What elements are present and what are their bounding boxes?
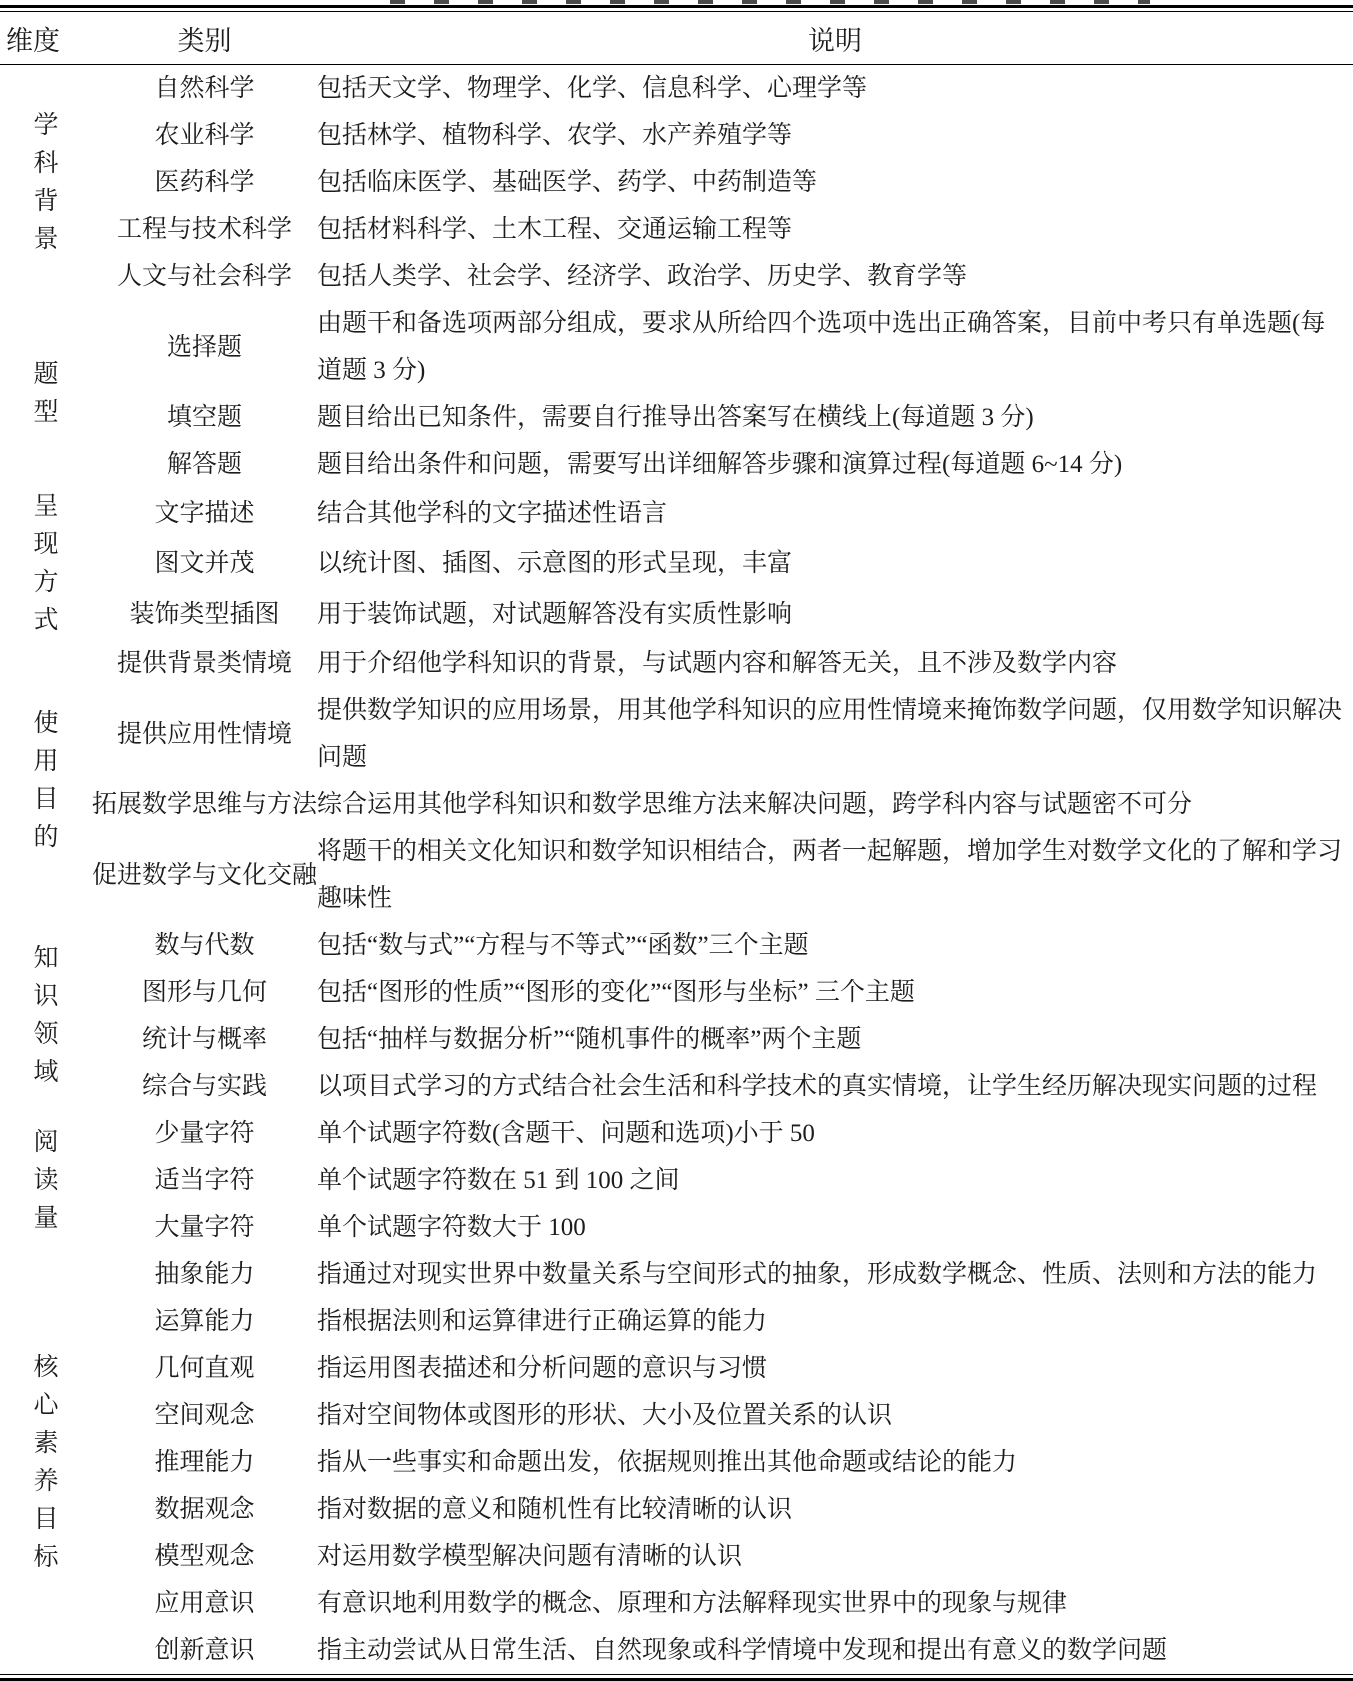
category-cell: 少量字符	[92, 1110, 317, 1157]
category-cell: 解答题	[92, 441, 317, 488]
dimension-label: 题型	[32, 356, 60, 432]
description-cell: 单个试题字符数(含题干、问题和选项)小于 50	[317, 1110, 1353, 1157]
description-cell: 由题干和备选项两部分组成，要求从所给四个选项中选出正确答案，目前中考只有单选题(…	[317, 300, 1353, 394]
table-row: 工程与技术科学 包括材料科学、土木工程、交通运输工程等	[0, 206, 1353, 253]
table-row: 图文并茂 以统计图、插图、示意图的形式呈现，丰富	[0, 539, 1353, 590]
dimension-cell: 阅读量	[0, 1110, 92, 1251]
table-row: 核心素养目标 抽象能力 指通过对现实世界中数量关系与空间形式的抽象，形成数学概念…	[0, 1251, 1353, 1298]
description-cell: 指通过对现实世界中数量关系与空间形式的抽象，形成数学概念、性质、法则和方法的能力	[317, 1251, 1353, 1298]
description-cell: 用于介绍他学科知识的背景，与试题内容和解答无关，且不涉及数学内容	[317, 640, 1353, 687]
description-cell: 单个试题字符数大于 100	[317, 1204, 1353, 1251]
category-cell: 装饰类型插图	[92, 589, 317, 640]
description-cell: 包括“抽样与数据分析”“随机事件的概率”两个主题	[317, 1016, 1353, 1063]
description-cell: 以统计图、插图、示意图的形式呈现，丰富	[317, 539, 1353, 590]
table-row: 填空题 题目给出已知条件，需要自行推导出答案写在横线上(每道题 3 分)	[0, 394, 1353, 441]
header-row: 维度 类别 说明	[0, 12, 1353, 65]
description-cell: 指主动尝试从日常生活、自然现象或科学情境中发现和提出有意义的数学问题	[317, 1627, 1353, 1674]
description-cell: 题目给出条件和问题，需要写出详细解答步骤和演算过程(每道题 6~14 分)	[317, 441, 1353, 488]
category-cell: 推理能力	[92, 1439, 317, 1486]
description-cell: 包括天文学、物理学、化学、信息科学、心理学等	[317, 65, 1353, 113]
table-row: 拓展数学思维与方法 综合运用其他学科知识和数学思维方法来解决问题，跨学科内容与试…	[0, 781, 1353, 828]
category-cell: 应用意识	[92, 1580, 317, 1627]
category-cell: 抽象能力	[92, 1251, 317, 1298]
table-row: 解答题 题目给出条件和问题，需要写出详细解答步骤和演算过程(每道题 6~14 分…	[0, 441, 1353, 488]
category-cell: 创新意识	[92, 1627, 317, 1674]
description-cell: 以项目式学习的方式结合社会生活和科学技术的真实情境，让学生经历解决现实问题的过程	[317, 1063, 1353, 1110]
header-description: 说明	[317, 12, 1353, 65]
description-cell: 包括“图形的性质”“图形的变化”“图形与坐标” 三个主题	[317, 969, 1353, 1016]
header-dimension: 维度	[0, 12, 92, 65]
table-row: 图形与几何 包括“图形的性质”“图形的变化”“图形与坐标” 三个主题	[0, 969, 1353, 1016]
dimension-cell: 知识领域	[0, 922, 92, 1110]
dimension-label: 呈现方式	[32, 488, 60, 640]
description-cell: 指根据法则和运算律进行正确运算的能力	[317, 1298, 1353, 1345]
description-cell: 包括临床医学、基础医学、药学、中药制造等	[317, 159, 1353, 206]
description-cell: 包括人类学、社会学、经济学、政治学、历史学、教育学等	[317, 253, 1353, 300]
description-cell: 包括林学、植物科学、农学、水产养殖学等	[317, 112, 1353, 159]
category-cell: 自然科学	[92, 65, 317, 113]
table-row: 促进数学与文化交融 将题干的相关文化知识和数学知识相结合，两者一起解题，增加学生…	[0, 828, 1353, 922]
dimension-category-table: 维度 类别 说明 学科背景 自然科学 包括天文学、物理学、化学、信息科学、心理学…	[0, 12, 1353, 1674]
description-cell: 指对数据的意义和随机性有比较清晰的认识	[317, 1486, 1353, 1533]
category-cell: 运算能力	[92, 1298, 317, 1345]
description-cell: 提供数学知识的应用场景，用其他学科知识的应用性情境来掩饰数学问题，仅用数学知识解…	[317, 687, 1353, 781]
table-row: 题型 选择题 由题干和备选项两部分组成，要求从所给四个选项中选出正确答案，目前中…	[0, 300, 1353, 394]
table-row: 运算能力 指根据法则和运算律进行正确运算的能力	[0, 1298, 1353, 1345]
category-cell: 数据观念	[92, 1486, 317, 1533]
category-cell: 几何直观	[92, 1345, 317, 1392]
table-row: 适当字符 单个试题字符数在 51 到 100 之间	[0, 1157, 1353, 1204]
cropped-caption-fragment	[390, 0, 1150, 4]
table-row: 医药科学 包括临床医学、基础医学、药学、中药制造等	[0, 159, 1353, 206]
category-cell: 统计与概率	[92, 1016, 317, 1063]
description-cell: 结合其他学科的文字描述性语言	[317, 488, 1353, 539]
description-cell: 用于装饰试题，对试题解答没有实质性影响	[317, 589, 1353, 640]
table-row: 创新意识 指主动尝试从日常生活、自然现象或科学情境中发现和提出有意义的数学问题	[0, 1627, 1353, 1674]
dimension-cell: 核心素养目标	[0, 1251, 92, 1674]
category-cell: 模型观念	[92, 1533, 317, 1580]
table-row: 知识领域 数与代数 包括“数与式”“方程与不等式”“函数”三个主题	[0, 922, 1353, 969]
dimension-label: 使用目的	[32, 705, 60, 857]
table-row: 模型观念 对运用数学模型解决问题有清晰的认识	[0, 1533, 1353, 1580]
category-cell: 促进数学与文化交融	[92, 828, 317, 922]
table-row: 农业科学 包括林学、植物科学、农学、水产养殖学等	[0, 112, 1353, 159]
category-cell: 选择题	[92, 300, 317, 394]
table-row: 推理能力 指从一些事实和命题出发，依据规则推出其他命题或结论的能力	[0, 1439, 1353, 1486]
dimension-label: 阅读量	[32, 1124, 60, 1238]
table-row: 应用意识 有意识地利用数学的概念、原理和方法解释现实世界中的现象与规律	[0, 1580, 1353, 1627]
table-row: 提供应用性情境 提供数学知识的应用场景，用其他学科知识的应用性情境来掩饰数学问题…	[0, 687, 1353, 781]
category-cell: 适当字符	[92, 1157, 317, 1204]
dimension-cell: 使用目的	[0, 640, 92, 922]
table-row: 人文与社会科学 包括人类学、社会学、经济学、政治学、历史学、教育学等	[0, 253, 1353, 300]
category-cell: 人文与社会科学	[92, 253, 317, 300]
category-cell: 综合与实践	[92, 1063, 317, 1110]
category-cell: 图形与几何	[92, 969, 317, 1016]
category-cell: 文字描述	[92, 488, 317, 539]
description-cell: 有意识地利用数学的概念、原理和方法解释现实世界中的现象与规律	[317, 1580, 1353, 1627]
category-cell: 农业科学	[92, 112, 317, 159]
dimension-label: 知识领域	[32, 940, 60, 1092]
description-cell: 指对空间物体或图形的形状、大小及位置关系的认识	[317, 1392, 1353, 1439]
table-row: 使用目的 提供背景类情境 用于介绍他学科知识的背景，与试题内容和解答无关，且不涉…	[0, 640, 1353, 687]
category-cell: 工程与技术科学	[92, 206, 317, 253]
category-cell: 提供背景类情境	[92, 640, 317, 687]
category-cell: 空间观念	[92, 1392, 317, 1439]
description-cell: 将题干的相关文化知识和数学知识相结合，两者一起解题，增加学生对数学文化的了解和学…	[317, 828, 1353, 922]
description-cell: 单个试题字符数在 51 到 100 之间	[317, 1157, 1353, 1204]
table-row: 装饰类型插图 用于装饰试题，对试题解答没有实质性影响	[0, 589, 1353, 640]
dimension-cell: 呈现方式	[0, 488, 92, 640]
table-row: 学科背景 自然科学 包括天文学、物理学、化学、信息科学、心理学等	[0, 65, 1353, 113]
description-cell: 包括材料科学、土木工程、交通运输工程等	[317, 206, 1353, 253]
category-cell: 拓展数学思维与方法	[92, 781, 317, 828]
description-cell: 指运用图表描述和分析问题的意识与习惯	[317, 1345, 1353, 1392]
description-cell: 指从一些事实和命题出发，依据规则推出其他命题或结论的能力	[317, 1439, 1353, 1486]
category-cell: 填空题	[92, 394, 317, 441]
table-row: 空间观念 指对空间物体或图形的形状、大小及位置关系的认识	[0, 1392, 1353, 1439]
table-row: 综合与实践 以项目式学习的方式结合社会生活和科学技术的真实情境，让学生经历解决现…	[0, 1063, 1353, 1110]
dimension-label: 学科背景	[32, 107, 60, 259]
description-cell: 对运用数学模型解决问题有清晰的认识	[317, 1533, 1353, 1580]
table-row: 阅读量 少量字符 单个试题字符数(含题干、问题和选项)小于 50	[0, 1110, 1353, 1157]
category-cell: 数与代数	[92, 922, 317, 969]
table-row: 几何直观 指运用图表描述和分析问题的意识与习惯	[0, 1345, 1353, 1392]
description-cell: 综合运用其他学科知识和数学思维方法来解决问题，跨学科内容与试题密不可分	[317, 781, 1353, 828]
description-cell: 包括“数与式”“方程与不等式”“函数”三个主题	[317, 922, 1353, 969]
table-row: 呈现方式 文字描述 结合其他学科的文字描述性语言	[0, 488, 1353, 539]
category-cell: 医药科学	[92, 159, 317, 206]
category-cell: 大量字符	[92, 1204, 317, 1251]
dimension-cell: 题型	[0, 300, 92, 488]
header-category: 类别	[92, 12, 317, 65]
category-cell: 提供应用性情境	[92, 687, 317, 781]
table-row: 统计与概率 包括“抽样与数据分析”“随机事件的概率”两个主题	[0, 1016, 1353, 1063]
dimension-label: 核心素养目标	[32, 1349, 60, 1577]
dimension-cell: 学科背景	[0, 65, 92, 301]
category-cell: 图文并茂	[92, 539, 317, 590]
table-row: 大量字符 单个试题字符数大于 100	[0, 1204, 1353, 1251]
scanned-table-page: 维度 类别 说明 学科背景 自然科学 包括天文学、物理学、化学、信息科学、心理学…	[0, 0, 1353, 1681]
table-row: 数据观念 指对数据的意义和随机性有比较清晰的认识	[0, 1486, 1353, 1533]
description-cell: 题目给出已知条件，需要自行推导出答案写在横线上(每道题 3 分)	[317, 394, 1353, 441]
